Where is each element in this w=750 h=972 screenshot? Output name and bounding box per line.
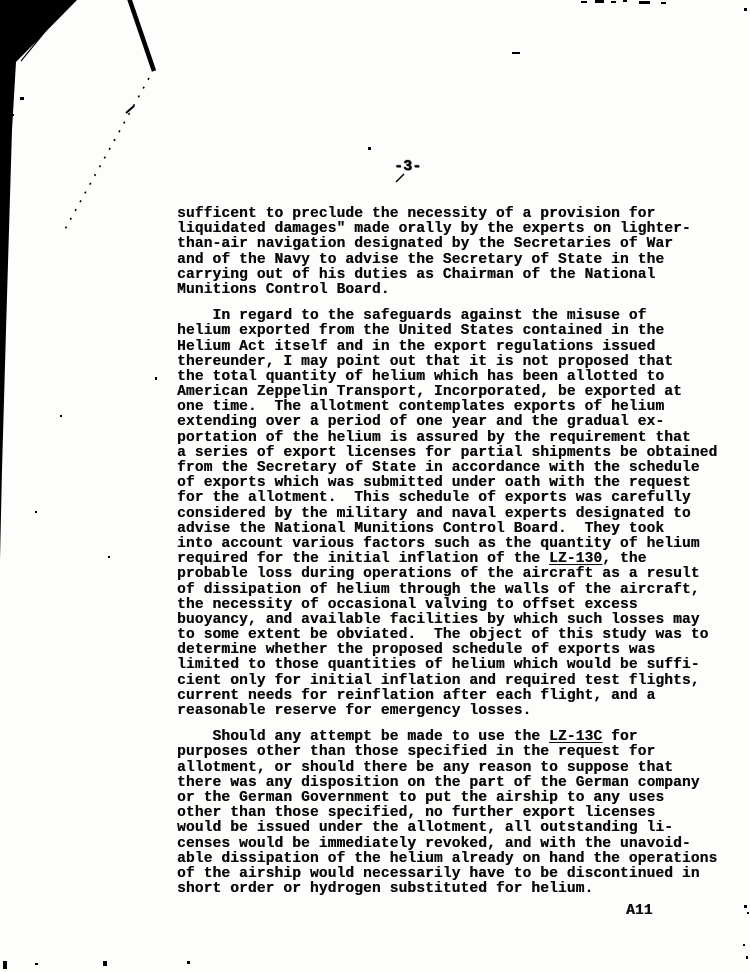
text-line: of exports which was submitted under oat… <box>177 476 737 491</box>
crease-dotted-line <box>64 78 149 231</box>
text-line: a series of export licenses for partial … <box>177 446 737 461</box>
text-line: for the allotment. This schedule of expo… <box>177 491 737 506</box>
text-line: of dissipation of helium through the wal… <box>177 583 737 598</box>
text-line: of the airship would necessarily have to… <box>177 867 737 882</box>
scanned-document-page: -3- sufficent to preclude the necessity … <box>0 0 750 972</box>
text-line: other than those specified, no further e… <box>177 806 737 821</box>
text-line: sufficent to preclude the necessity of a… <box>177 207 737 222</box>
fold-edge-line <box>21 17 57 61</box>
text-line: cient only for initial inflation and req… <box>177 674 737 689</box>
paragraph: Should any attempt be made to use the LZ… <box>177 730 737 897</box>
text-line: advise the National Munitions Control Bo… <box>177 522 737 537</box>
footer-mark: A11 <box>626 903 653 919</box>
text-line: able dissipation of the helium already o… <box>177 852 737 867</box>
text-line: censes would be immediately revoked, and… <box>177 837 737 852</box>
text-line: reasonable reserve for emergency losses. <box>177 704 737 719</box>
paragraph: sufficent to preclude the necessity of a… <box>177 207 737 298</box>
text-line: thereunder, I may point out that it is n… <box>177 355 737 370</box>
text-line: allotment, or should there be any reason… <box>177 761 737 776</box>
text-line: Should any attempt be made to use the LZ… <box>177 730 737 745</box>
text-line: portation of the helium is assured by th… <box>177 431 737 446</box>
text-line: than-air navigation designated by the Se… <box>177 237 737 252</box>
text-line: buoyancy, and available facilities by wh… <box>177 613 737 628</box>
text-line: determine whether the proposed schedule … <box>177 643 737 658</box>
text-line: American Zeppelin Transport, Incorporate… <box>177 385 737 400</box>
corner-fold-artifact <box>0 0 77 560</box>
text-line: helium exported from the United States c… <box>177 324 737 339</box>
page-number: -3- <box>394 158 421 175</box>
crease-nick <box>126 106 134 113</box>
text-line: carrying out of his duties as Chairman o… <box>177 268 737 283</box>
text-line: extending over a period of one year and … <box>177 415 737 430</box>
text-line: from the Secretary of State in accordanc… <box>177 461 737 476</box>
pageno-smudge <box>396 174 404 182</box>
text-line: or the German Government to put the airs… <box>177 791 737 806</box>
text-line: liquidated damages" made orally by the e… <box>177 222 737 237</box>
text-line: and of the Navy to advise the Secretary … <box>177 253 737 268</box>
text-line: to some extent be obviated. The object o… <box>177 628 737 643</box>
text-line: into account various factors such as the… <box>177 537 737 552</box>
text-line: short order or hydrogen substituted for … <box>177 882 737 897</box>
text-line: limited to those quantities of helium wh… <box>177 658 737 673</box>
text-line: purposes other than those specified in t… <box>177 745 737 760</box>
text-line: required for the initial inflation of th… <box>177 552 737 567</box>
text-line: would be issued under the allotment, all… <box>177 821 737 836</box>
text-line: there was any disposition on the part of… <box>177 776 737 791</box>
text-line: considered by the military and naval exp… <box>177 507 737 522</box>
document-body: sufficent to preclude the necessity of a… <box>177 207 737 897</box>
text-line: Helium Act itself and in the export regu… <box>177 340 737 355</box>
crease-line <box>129 0 154 71</box>
text-line: current needs for reinflation after each… <box>177 689 737 704</box>
text-line: In regard to the safeguards against the … <box>177 309 737 324</box>
text-line: Munitions Control Board. <box>177 283 737 298</box>
text-line: probable loss during operations of the a… <box>177 567 737 582</box>
paragraph: In regard to the safeguards against the … <box>177 309 737 719</box>
text-line: the necessity of occasional valving to o… <box>177 598 737 613</box>
text-line: the total quantity of helium which has b… <box>177 370 737 385</box>
text-line: one time. The allotment contemplates exp… <box>177 400 737 415</box>
